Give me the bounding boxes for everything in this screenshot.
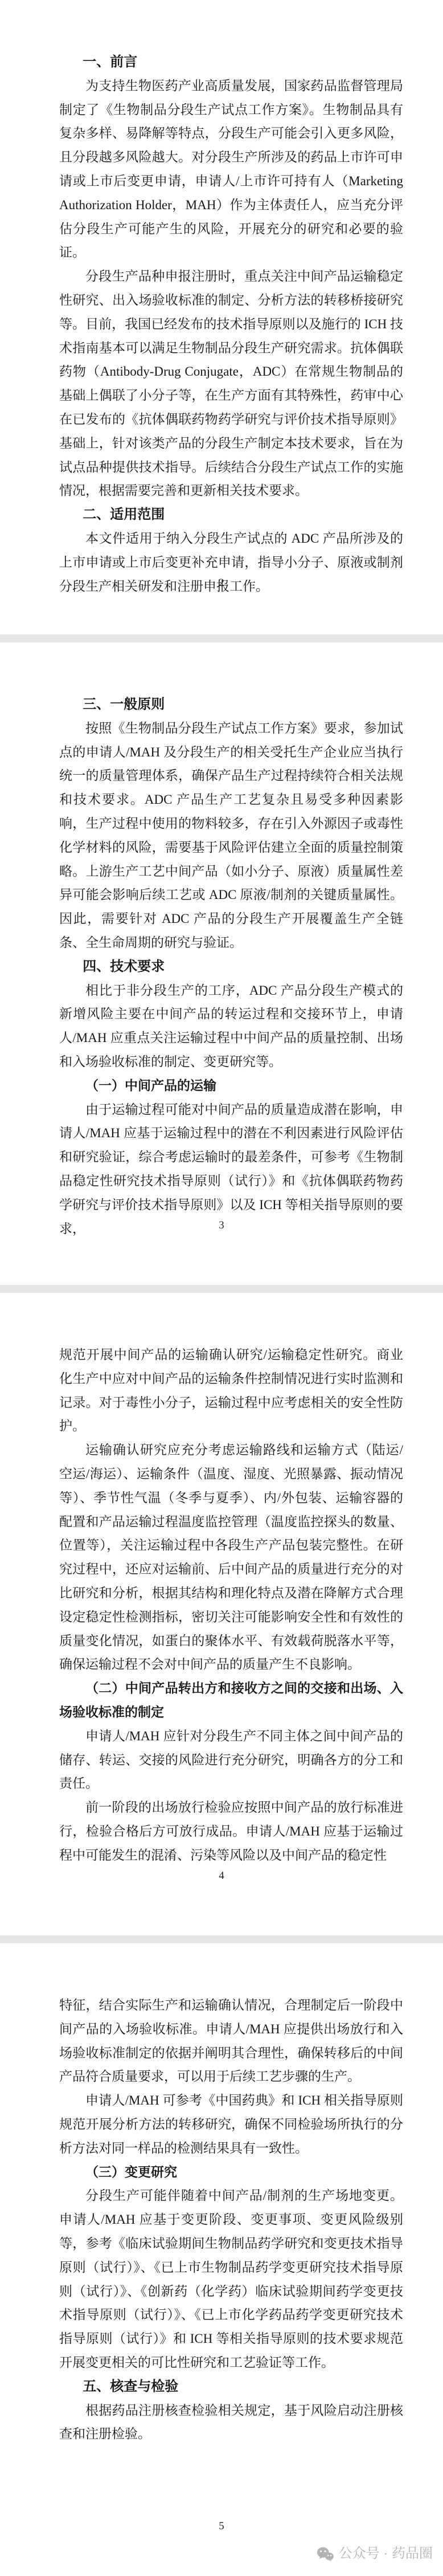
- document-page: 特征，结合实际生产和运输确认情况，合理制定后一阶段中间产品的入场验收标准。申请人…: [0, 1943, 443, 2576]
- paragraph: 分段生产品种申报注册时，重点关注中间产品运输稳定性研究、出入场验收标准的制定、分…: [59, 264, 403, 503]
- section-heading: 三、一般原则: [59, 693, 403, 717]
- section-heading: 一、前言: [59, 50, 403, 74]
- subsection-heading: （三）变更研究: [59, 2160, 403, 2184]
- section-heading: 四、技术要求: [59, 955, 403, 979]
- paragraph: 申请人/MAH 可参考《中国药典》和 ICH 相关指导原则规范开展分析方法的转移…: [59, 2089, 403, 2160]
- subsection-heading: （一）中间产品的运输: [59, 1074, 403, 1098]
- paragraph: 为支持生物医药产业高质量发展，国家药品监督管理局制定了《生物制品分段生产试点工作…: [59, 74, 403, 264]
- document-page: 规范开展中间产品的运输确认研究/运输稳定性研究。商业化生产中应对中间产品的运输条…: [0, 1293, 443, 1935]
- section-heading: 二、适用范围: [59, 503, 403, 527]
- paragraph: 前一阶段的出场放行检验应按照中间产品的放行标准进行，检验合格后方可放行成品。申请…: [59, 1796, 403, 1867]
- page-number: 3: [0, 1220, 443, 1231]
- paragraph: 申请人/MAH 应针对分段生产不同主体之间中间产品的储存、转运、交接的风险进行充…: [59, 1724, 403, 1796]
- watermark: 公众号 · 药品圈: [317, 2545, 433, 2562]
- paragraph: 分段生产可能伴随着中间产品/制剂的生产场地变更。申请人/MAH 应基于变更阶段、…: [59, 2184, 403, 2374]
- subsection-heading: （二）中间产品转出方和接收方之间的交接和出场、入场验收标准的制定: [59, 1676, 403, 1724]
- page-number: 4: [0, 1870, 443, 1882]
- section-heading: 五、核查与检验: [59, 2375, 403, 2399]
- page-number: 2: [0, 577, 443, 589]
- paragraph: 相比于非分段生产的工序，ADC 产品分段生产模式的新增风险主要在中间产品的转运过…: [59, 979, 403, 1074]
- document: 一、前言为支持生物医药产业高质量发展，国家药品监督管理局制定了《生物制品分段生产…: [0, 0, 443, 2576]
- document-page: 一、前言为支持生物医药产业高质量发展，国家药品监督管理局制定了《生物制品分段生产…: [0, 0, 443, 634]
- watermark-text: 公众号 · 药品圈: [339, 2545, 433, 2562]
- paragraph: 规范开展中间产品的运输确认研究/运输稳定性研究。商业化生产中应对中间产品的运输条…: [59, 1343, 403, 1438]
- wechat-icon: [317, 2546, 334, 2562]
- paragraph: 特征，结合实际生产和运输确认情况，合理制定后一阶段中间产品的入场验收标准。申请人…: [59, 1993, 403, 2089]
- page-number: 5: [0, 2521, 443, 2532]
- paragraph: 由于运输过程可能对中间产品的质量造成潜在影响，申请人/MAH 应基于运输过程中的…: [59, 1098, 403, 1241]
- paragraph: 按照《生物制品分段生产试点工作方案》要求，参加试点的申请人/MAH 及分段生产的…: [59, 717, 403, 955]
- paragraph: 运输确认研究应充分考虑运输路线和运输方式（陆运/空运/海运）、运输条件（温度、湿…: [59, 1438, 403, 1676]
- paragraph: 根据药品注册核查检验相关规定，基于风险启动注册核查和注册检验。: [59, 2399, 403, 2447]
- document-page: 三、一般原则按照《生物制品分段生产试点工作方案》要求，参加试点的申请人/MAH …: [0, 642, 443, 1285]
